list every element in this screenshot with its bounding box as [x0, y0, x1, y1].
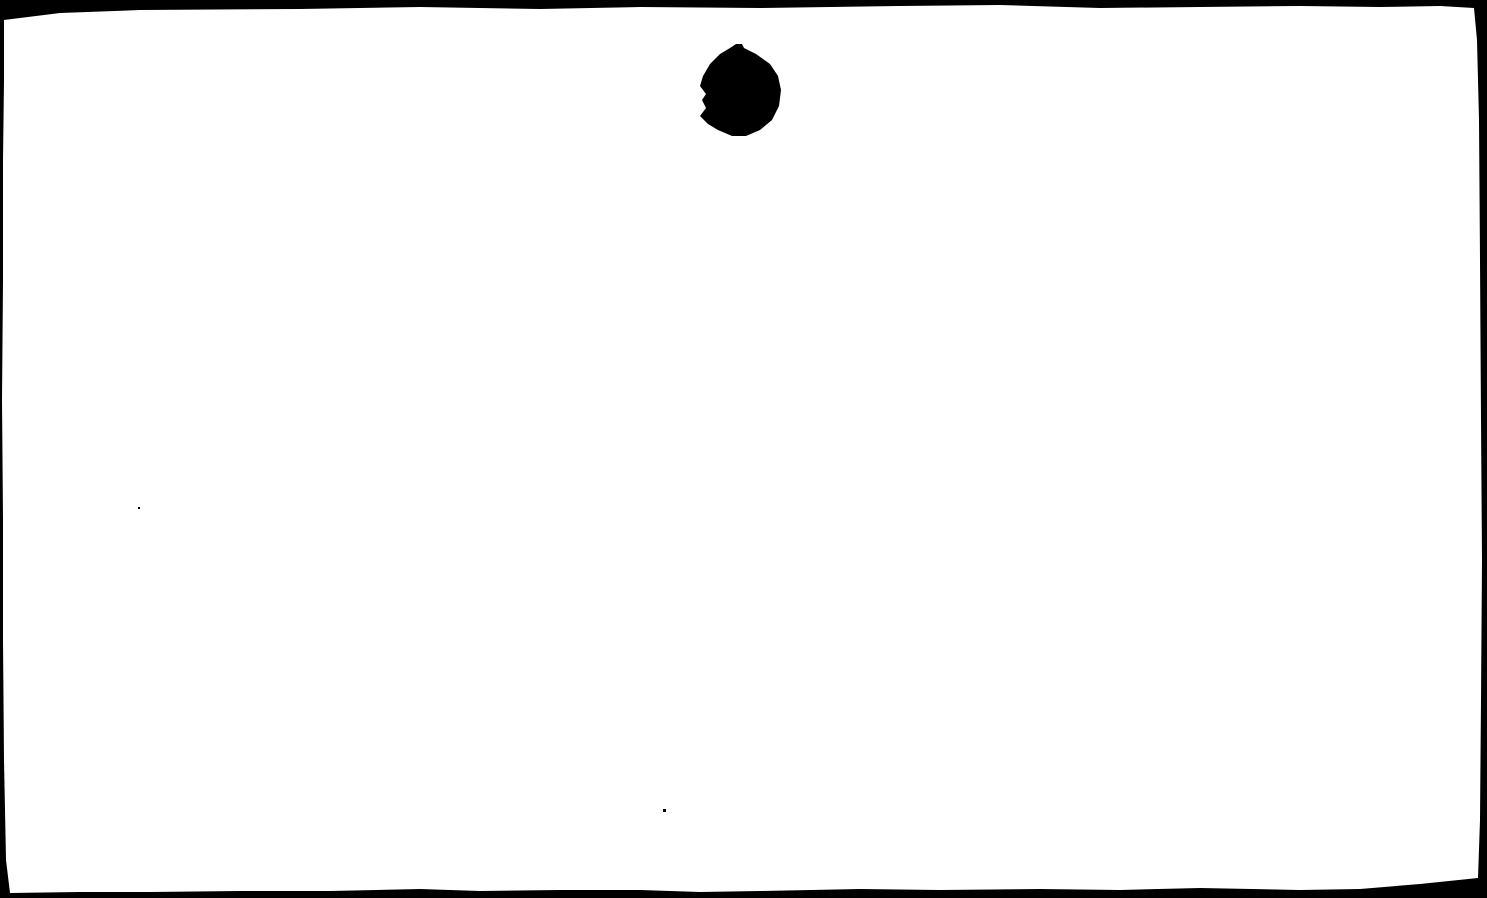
- paper-sheet: [2, 5, 1482, 893]
- speck: [663, 809, 666, 812]
- binarized-photo: [0, 0, 1487, 898]
- scene-canvas: [0, 0, 1487, 898]
- speck: [138, 507, 140, 509]
